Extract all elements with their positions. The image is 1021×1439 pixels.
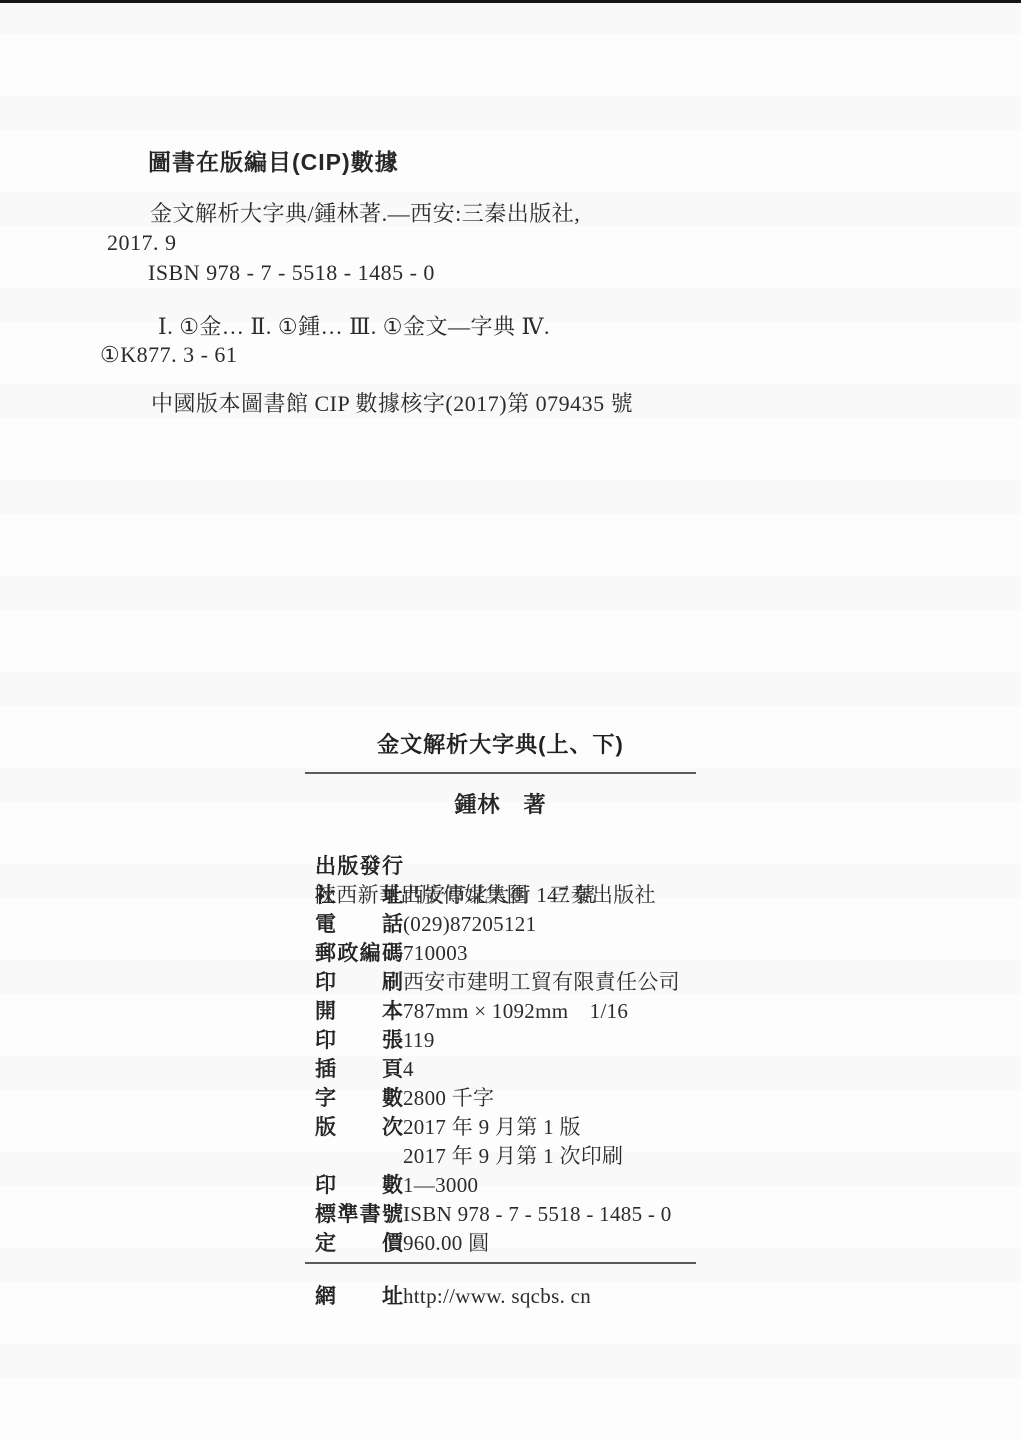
colophon-row-value: 2017 年 9 月第 1 次印刷 [403,1142,623,1171]
colophon-row-label: 字 數 [315,1084,403,1113]
colophon-row-label: 印 刷 [315,968,403,997]
colophon-row-value: 119 [403,1026,435,1055]
title-divider-rule [305,772,696,774]
colophon-row-value: 西安市北大街 147 號 [403,881,596,910]
colophon-row-address: 社 址西安市北大街 147 號 [315,881,735,910]
colophon-table: 出版發行陝西新華出版傳媒集團 三秦出版社 社 址西安市北大街 147 號 電 話… [315,852,735,1258]
colophon-row-website: 網 址http://www. sqcbs. cn [315,1282,591,1311]
colophon-row-price: 定 價960.00 圓 [315,1229,735,1258]
colophon-row-label: 郵政編碼 [315,939,403,968]
colophon-row-label: 印 數 [315,1171,403,1200]
title-block: 金文解析大字典(上、下) 鍾林 著 [305,728,696,819]
colophon-row-value: 2017 年 9 月第 1 版 [403,1113,581,1142]
colophon-row-sheets: 印 張119 [315,1026,735,1055]
colophon-row-label: 印 張 [315,1026,403,1055]
colophon-row-label: 版 次 [315,1113,403,1142]
colophon-row-format: 開 本787mm × 1092mm 1/16 [315,997,735,1026]
website-url: http://www. sqcbs. cn [403,1282,591,1311]
colophon-row-label: 定 價 [315,1229,403,1258]
colophon-row-phone: 電 話(029)87205121 [315,910,735,939]
colophon-row-printrun: 印 數1—3000 [315,1171,735,1200]
colophon-row-label: 插 頁 [315,1055,403,1084]
colophon-row-value: ISBN 978 - 7 - 5518 - 1485 - 0 [403,1200,672,1229]
colophon-row-value: 710003 [403,939,468,968]
colophon-row-isbn: 標準書號ISBN 978 - 7 - 5518 - 1485 - 0 [315,1200,735,1229]
colophon-row-value: 2800 千字 [403,1084,494,1113]
colophon-row-wordcount: 字 數2800 千字 [315,1084,735,1113]
colophon-row-value: 4 [403,1055,414,1084]
book-title: 金文解析大字典(上、下) [305,728,696,759]
book-author: 鍾林 著 [305,788,696,819]
colophon-row-label: 出版發行 [315,852,403,881]
cip-isbn-line: ISBN 978 - 7 - 5518 - 1485 - 0 [148,260,435,286]
colophon-row-publisher: 出版發行陝西新華出版傳媒集團 三秦出版社 [315,852,735,881]
scan-top-edge [0,0,1021,3]
cip-entry-line1: 金文解析大字典/鍾林著.—西安:三秦出版社, [150,197,580,228]
copyright-page: 圖書在版編目(CIP)數據 金文解析大字典/鍾林著.—西安:三秦出版社, 201… [0,0,1021,1439]
colophon-row-printer: 印 刷西安市建明工貿有限責任公司 [315,968,735,997]
colophon-row-label: 網 址 [315,1282,403,1311]
colophon-row-edition-line2: 2017 年 9 月第 1 次印刷 [315,1142,735,1171]
cip-classification-line1: Ⅰ. ①金… Ⅱ. ①鍾… Ⅲ. ①金文—字典 Ⅳ. [158,310,550,341]
colophon-divider-rule [305,1262,696,1264]
colophon-row-value: 1—3000 [403,1171,478,1200]
colophon-row-value: (029)87205121 [403,910,536,939]
colophon-row-postcode: 郵政編碼710003 [315,939,735,968]
colophon-row-label: 社 址 [315,881,403,910]
colophon-row-value: 西安市建明工貿有限責任公司 [403,968,680,997]
cip-entry-line2: 2017. 9 [107,230,177,256]
colophon-row-label: 開 本 [315,997,403,1026]
colophon-row-inserts: 插 頁4 [315,1055,735,1084]
colophon-row-value: 787mm × 1092mm 1/16 [403,997,628,1026]
cip-heading: 圖書在版編目(CIP)數據 [148,144,399,177]
cip-classification-line2: ①K877. 3 - 61 [100,342,237,368]
colophon-row-label: 標準書號 [315,1200,403,1229]
colophon-row-value: 960.00 圓 [403,1229,489,1258]
cip-record-line: 中國版本圖書館 CIP 數據核字(2017)第 079435 號 [151,387,633,418]
colophon-row-label: 電 話 [315,910,403,939]
colophon-row-edition: 版 次2017 年 9 月第 1 版 [315,1113,735,1142]
